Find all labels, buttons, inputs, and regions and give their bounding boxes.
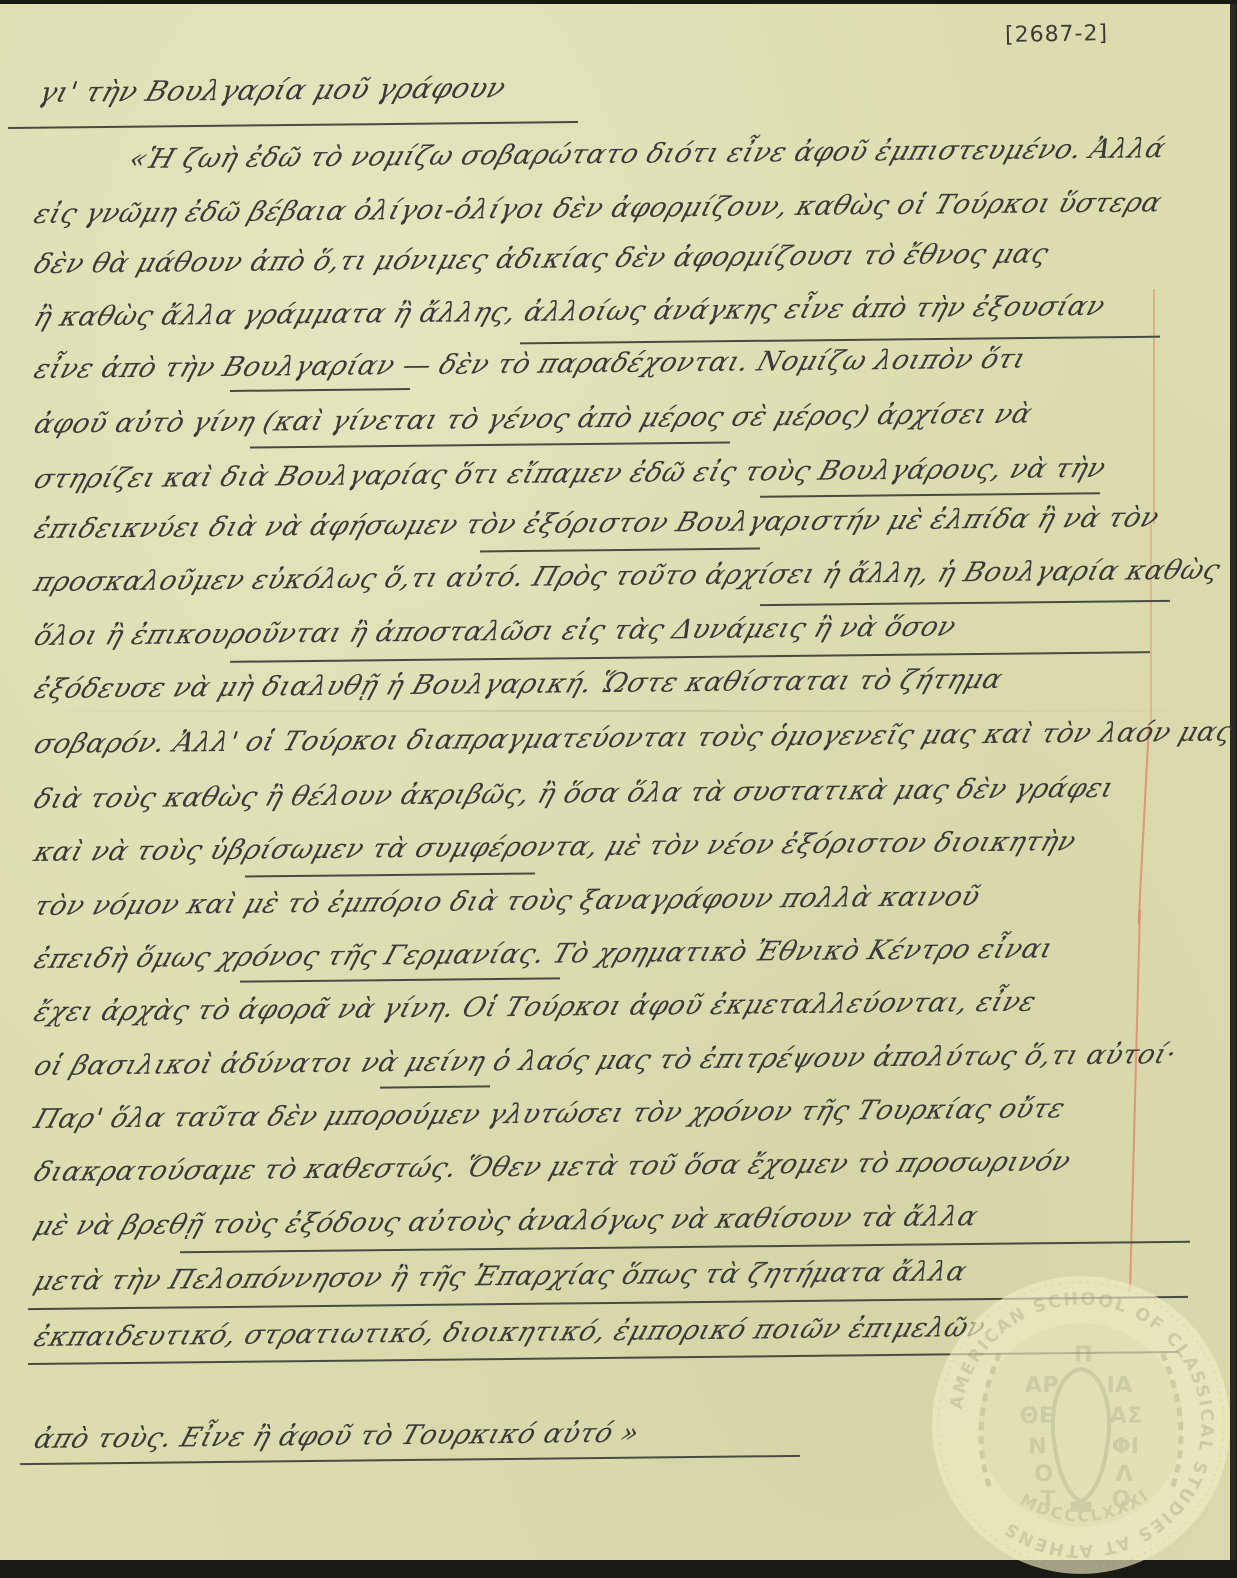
- text-underline: [180, 1241, 1190, 1254]
- margin-line: [1150, 524, 1152, 724]
- margin-line: [1153, 289, 1155, 524]
- text-underline: [380, 1085, 490, 1088]
- text-underline: [480, 548, 760, 553]
- text-underline: [240, 977, 560, 982]
- text-underline: [20, 1455, 800, 1465]
- letter-page: [2687-2] γι' τὴν Βουλγαρία μοῦ γράφουν «…: [0, 4, 1236, 1560]
- text-underline: [520, 336, 1160, 345]
- margin-line: [1129, 909, 1141, 1289]
- svg-text:Π: Π: [1074, 1342, 1093, 1368]
- text-underline: [230, 388, 410, 392]
- svg-text:ΦΙ: ΦΙ: [1112, 1434, 1139, 1460]
- text-line: οἱ βασιλικοὶ ἀδύνατοι νὰ μείνη ὁ λαός μα…: [30, 1039, 1180, 1082]
- letter-heading: γι' τὴν Βουλγαρία μοῦ γράφουν: [35, 71, 511, 109]
- text-line: ἐπιδεικνύει διὰ νὰ ἀφήσωμεν τὸν ἐξόριστο…: [30, 502, 1163, 545]
- text-underline: [245, 872, 535, 877]
- text-line: ἢ καθὼς ἄλλα γράμματα ἢ ἄλλης, ἀλλοίως ἀ…: [30, 291, 1109, 333]
- text-line: μετὰ τὴν Πελοπόννησον ἢ τῆς Ἐπαρχίας ὅπω…: [30, 1256, 971, 1297]
- svg-text:ΘΕ: ΘΕ: [1020, 1403, 1054, 1429]
- heading-underline: [8, 121, 578, 129]
- text-line: εἰς γνῶμη ἐδῶ βέβαια ὀλίγοι-ὀλίγοι δὲν ἀ…: [30, 187, 1166, 230]
- text-line: ὅλοι ἢ ἐπικουροῦνται ἢ ἀποσταλῶσι εἰς τὰ…: [30, 611, 960, 652]
- text-line: ἐκπαιδευτικό, στρατιωτικό, διοικητικό, ἐ…: [30, 1312, 989, 1353]
- text-line: ἔχει ἀρχὰς τὸ ἀφορᾶ νὰ γίνη. Οἱ Τούρκοι …: [30, 987, 1040, 1028]
- svg-text:Ν: Ν: [1028, 1434, 1047, 1460]
- american-school-seal-icon: AMERICAN SCHOOL OF CLASSICAL STUDIES AT …: [928, 1272, 1234, 1567]
- text-line: διακρατούσαμε τὸ καθεστώς. Ὅθεν μετὰ τοῦ…: [30, 1146, 1075, 1188]
- text-line: μὲ νὰ βρεθῇ τοὺς ἐξόδους αὐτοὺς ἀναλόγως…: [30, 1201, 982, 1242]
- reference-number: [2687-2]: [1005, 21, 1109, 48]
- text-line: στηρίζει καὶ διὰ Βουλγαρίας ὅτι εἴπαμεν …: [30, 453, 1110, 495]
- svg-text:ΑΣ: ΑΣ: [1110, 1403, 1143, 1429]
- text-underline: [760, 600, 1170, 606]
- svg-text:ΑΡ: ΑΡ: [1025, 1372, 1059, 1398]
- text-line: «Ἡ ζωὴ ἐδῶ τὸ νομίζω σοβαρώτατο διότι εἶ…: [125, 133, 1170, 175]
- text-line: Παρ' ὅλα ταῦτα δὲν μπορούμεν γλυτώσει τὸ…: [30, 1093, 1069, 1135]
- svg-text:Ο: Ο: [1112, 1487, 1131, 1513]
- text-line: προσκαλοῦμεν εὐκόλως ὅ,τι αὐτό. Πρὸς τοῦ…: [30, 555, 1224, 598]
- svg-text:Τ: Τ: [1040, 1487, 1056, 1513]
- text-line: διὰ τοὺς καθὼς ἢ θέλουν ἀκριβῶς, ἢ ὅσα ὅ…: [30, 773, 1118, 815]
- text-line: καὶ νὰ τοὺς ὑβρίσωμεν τὰ συμφέροντα, μὲ …: [30, 826, 1080, 868]
- text-line: ἀπὸ τοὺς. Εἶνε ἢ ἀφοῦ τὸ Τουρκικό αὐτό »: [30, 1418, 644, 1455]
- text-line: εἶνε ἀπὸ τὴν Βουλγαρίαν — δὲν τὸ παραδέχ…: [30, 344, 1030, 385]
- svg-text:Ο: Ο: [1034, 1461, 1053, 1487]
- text-line: ἐπειδὴ ὅμως χρόνος τῆς Γερμανίας. Τὸ χρη…: [30, 933, 1057, 975]
- svg-text:Λ: Λ: [1116, 1461, 1134, 1487]
- text-line: τὸν νόμον καὶ μὲ τὸ ἐμπόριο διὰ τοὺς ξαν…: [30, 881, 984, 922]
- margin-line: [1138, 724, 1150, 924]
- paper-fold: [0, 710, 1230, 712]
- text-line: ἐξόδευσε νὰ μὴ διαλυθῇ ἡ Βουλγαρική. Ὥστ…: [30, 664, 1007, 705]
- svg-text:ΙΑ: ΙΑ: [1107, 1372, 1133, 1398]
- text-line: δὲν θὰ μάθουν ἀπὸ ὅ,τι μόνιμες ἀδικίας δ…: [30, 238, 1053, 280]
- text-line: σοβαρόν. Ἀλλ' οἱ Τούρκοι διαπραγματεύοντ…: [30, 717, 1237, 760]
- text-underline: [760, 492, 1100, 498]
- text-underline: [230, 651, 1150, 663]
- text-underline: [250, 441, 730, 448]
- text-line: ἀφοῦ αὐτὸ γίνη (καὶ γίνεται τὸ γένος ἀπὸ…: [30, 399, 1036, 440]
